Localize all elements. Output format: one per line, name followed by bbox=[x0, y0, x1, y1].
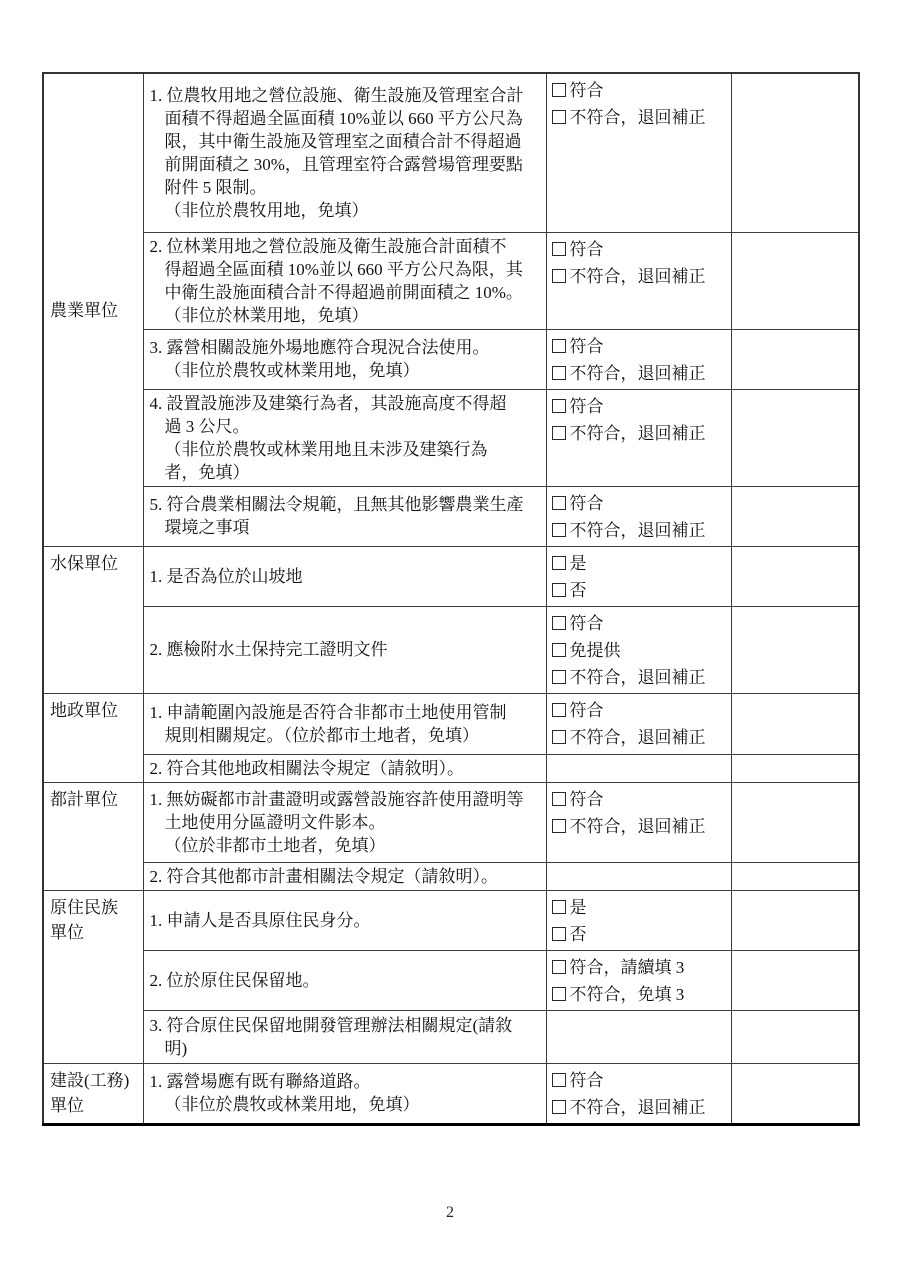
checkbox-option: 不符合，免填 3 bbox=[552, 981, 729, 1008]
options-cell: 符合不符合，退回補正 bbox=[546, 486, 731, 546]
item-line: （非位於農牧或林業用地且未涉及建築行為 bbox=[150, 438, 544, 461]
checkbox-option: 不符合，退回補正 bbox=[552, 517, 729, 544]
option-label: 符合 bbox=[570, 81, 604, 100]
option-label: 符合 bbox=[570, 337, 604, 356]
review-table: 農業單位1. 位農牧用地之營位設施、衛生設施及管理室合計面積不得超過全區面積 1… bbox=[42, 72, 860, 1126]
unit-cell: 建設(工務)單位 bbox=[43, 1063, 143, 1124]
checkbox-option: 符合 bbox=[552, 490, 729, 517]
item-cell: 4. 設置設施涉及建築行為者，其設施高度不得超過 3 公尺。（非位於農牧或林業用… bbox=[143, 389, 546, 486]
item-line: 1. 是否為位於山坡地 bbox=[150, 565, 544, 588]
item-cell: 2. 符合其他地政相關法令規定（請敘明）。 bbox=[143, 754, 546, 782]
options-cell: 符合不符合，退回補正 bbox=[546, 693, 731, 754]
remark-cell bbox=[731, 73, 859, 232]
table-row: 原住民族單位1. 申請人是否具原住民身分。是否 bbox=[43, 890, 859, 950]
unit-label: 單位 bbox=[50, 1093, 139, 1118]
item-line: 2. 符合其他都市計畫相關法令規定（請敘明）。 bbox=[150, 865, 544, 888]
unit-label: 都計單位 bbox=[50, 787, 139, 812]
remark-cell bbox=[731, 232, 859, 329]
checkbox-option: 不符合，退回補正 bbox=[552, 724, 729, 751]
option-label: 否 bbox=[570, 925, 587, 944]
item-line: 環境之事項 bbox=[150, 516, 544, 539]
checkbox-icon bbox=[552, 83, 566, 97]
option-label: 符合 bbox=[570, 240, 604, 259]
item-line: （位於非都市土地者，免填） bbox=[150, 834, 544, 857]
item-line: 過 3 公尺。 bbox=[150, 415, 544, 438]
table-row: 3. 露營相關設施外場地應符合現況合法使用。（非位於農牧或林業用地，免填）符合不… bbox=[43, 329, 859, 389]
checkbox-option: 不符合，退回補正 bbox=[552, 420, 729, 447]
checkbox-icon bbox=[552, 583, 566, 597]
checkbox-icon bbox=[552, 426, 566, 440]
item-line: 面積不得超過全區面積 10%並以 660 平方公尺為 bbox=[150, 107, 544, 130]
option-label: 不符合，退回補正 bbox=[570, 1098, 706, 1117]
checkbox-option: 不符合，退回補正 bbox=[552, 813, 729, 840]
checkbox-icon bbox=[552, 643, 566, 657]
options-cell: 符合不符合，退回補正 bbox=[546, 1063, 731, 1124]
checkbox-option: 符合 bbox=[552, 1067, 729, 1094]
remark-cell bbox=[731, 890, 859, 950]
item-cell: 2. 位於原住民保留地。 bbox=[143, 950, 546, 1010]
page-number: 2 bbox=[0, 1204, 900, 1222]
option-label: 免提供 bbox=[570, 641, 621, 660]
option-label: 符合 bbox=[570, 494, 604, 513]
table-row: 3. 符合原住民保留地開發管理辦法相關規定(請敘明) bbox=[43, 1010, 859, 1063]
item-line: 1. 申請範圍內設施是否符合非都市土地使用管制 bbox=[150, 701, 544, 724]
option-label: 符合 bbox=[570, 397, 604, 416]
option-label: 符合 bbox=[570, 1071, 604, 1090]
option-label: 不符合，退回補正 bbox=[570, 424, 706, 443]
item-line: 前開面積之 30%，且管理室符合露營場管理要點 bbox=[150, 153, 544, 176]
option-label: 符合 bbox=[570, 614, 604, 633]
table-row: 5. 符合農業相關法令規範，且無其他影響農業生產環境之事項符合不符合，退回補正 bbox=[43, 486, 859, 546]
checkbox-icon bbox=[552, 987, 566, 1001]
table-row: 水保單位1. 是否為位於山坡地是否 bbox=[43, 546, 859, 606]
table-row: 4. 設置設施涉及建築行為者，其設施高度不得超過 3 公尺。（非位於農牧或林業用… bbox=[43, 389, 859, 486]
checkbox-icon bbox=[552, 819, 566, 833]
options-cell bbox=[546, 1010, 731, 1063]
option-label: 不符合，免填 3 bbox=[570, 985, 685, 1004]
item-line: 1. 位農牧用地之營位設施、衛生設施及管理室合計 bbox=[150, 84, 544, 107]
option-label: 不符合，退回補正 bbox=[570, 108, 706, 127]
item-line: 5. 符合農業相關法令規範，且無其他影響農業生產 bbox=[150, 493, 544, 516]
unit-label: 水保單位 bbox=[50, 551, 139, 576]
checkbox-option: 符合 bbox=[552, 236, 729, 263]
checkbox-icon bbox=[552, 399, 566, 413]
item-line: 明) bbox=[150, 1037, 544, 1060]
option-label: 符合，請續填 3 bbox=[570, 958, 685, 977]
table-row: 2. 符合其他地政相關法令規定（請敘明）。 bbox=[43, 754, 859, 782]
item-cell: 1. 申請人是否具原住民身分。 bbox=[143, 890, 546, 950]
item-cell: 2. 位林業用地之營位設施及衛生設施合計面積不得超過全區面積 10%並以 660… bbox=[143, 232, 546, 329]
checkbox-option: 不符合，退回補正 bbox=[552, 664, 729, 691]
checkbox-icon bbox=[552, 523, 566, 537]
checkbox-icon bbox=[552, 339, 566, 353]
remark-cell bbox=[731, 950, 859, 1010]
unit-label: 建設(工務) bbox=[50, 1068, 139, 1093]
item-line: 1. 無妨礙都市計畫證明或露營設施容許使用證明等 bbox=[150, 788, 544, 811]
checkbox-icon bbox=[552, 730, 566, 744]
options-cell: 是否 bbox=[546, 890, 731, 950]
checkbox-option: 符合 bbox=[552, 697, 729, 724]
checkbox-option: 符合 bbox=[552, 393, 729, 420]
remark-cell bbox=[731, 693, 859, 754]
remark-cell bbox=[731, 389, 859, 486]
item-line: （非位於農牧用地，免填） bbox=[150, 199, 544, 222]
options-cell: 符合不符合，退回補正 bbox=[546, 73, 731, 232]
item-line: 2. 位於原住民保留地。 bbox=[150, 969, 544, 992]
checkbox-option: 不符合，退回補正 bbox=[552, 104, 729, 131]
item-cell: 3. 符合原住民保留地開發管理辦法相關規定(請敘明) bbox=[143, 1010, 546, 1063]
checkbox-option: 不符合，退回補正 bbox=[552, 360, 729, 387]
unit-cell: 原住民族單位 bbox=[43, 890, 143, 1063]
remark-cell bbox=[731, 486, 859, 546]
table-row: 2. 符合其他都市計畫相關法令規定（請敘明）。 bbox=[43, 862, 859, 890]
options-cell: 符合免提供不符合，退回補正 bbox=[546, 606, 731, 693]
option-label: 是 bbox=[570, 898, 587, 917]
review-table-body: 農業單位1. 位農牧用地之營位設施、衛生設施及管理室合計面積不得超過全區面積 1… bbox=[43, 73, 859, 1124]
unit-label: 地政單位 bbox=[50, 698, 139, 723]
option-label: 否 bbox=[570, 581, 587, 600]
checkbox-icon bbox=[552, 900, 566, 914]
unit-cell: 農業單位 bbox=[43, 73, 143, 546]
item-cell: 1. 位農牧用地之營位設施、衛生設施及管理室合計面積不得超過全區面積 10%並以… bbox=[143, 73, 546, 232]
checkbox-icon bbox=[552, 110, 566, 124]
checkbox-icon bbox=[552, 242, 566, 256]
unit-cell: 水保單位 bbox=[43, 546, 143, 693]
item-line: 得超過全區面積 10%並以 660 平方公尺為限，其 bbox=[150, 258, 544, 281]
checkbox-icon bbox=[552, 616, 566, 630]
options-cell: 符合，請續填 3不符合，免填 3 bbox=[546, 950, 731, 1010]
item-line: 規則相關規定。（位於都市土地者，免填） bbox=[150, 724, 544, 747]
options-cell: 符合不符合，退回補正 bbox=[546, 232, 731, 329]
checkbox-icon bbox=[552, 1073, 566, 1087]
option-label: 不符合，退回補正 bbox=[570, 728, 706, 747]
unit-cell: 地政單位 bbox=[43, 693, 143, 782]
checkbox-icon bbox=[552, 703, 566, 717]
item-line: 3. 符合原住民保留地開發管理辦法相關規定(請敘 bbox=[150, 1014, 544, 1037]
options-cell: 符合不符合，退回補正 bbox=[546, 782, 731, 862]
checkbox-option: 免提供 bbox=[552, 637, 729, 664]
checkbox-icon bbox=[552, 496, 566, 510]
item-line: （非位於林業用地，免填） bbox=[150, 304, 544, 327]
unit-label: 原住民族 bbox=[50, 895, 139, 920]
unit-label: 農業單位 bbox=[50, 298, 139, 323]
option-label: 不符合，退回補正 bbox=[570, 817, 706, 836]
item-cell: 5. 符合農業相關法令規範，且無其他影響農業生產環境之事項 bbox=[143, 486, 546, 546]
checkbox-option: 不符合，退回補正 bbox=[552, 263, 729, 290]
checkbox-option: 符合 bbox=[552, 333, 729, 360]
option-label: 是 bbox=[570, 554, 587, 573]
option-label: 不符合，退回補正 bbox=[570, 267, 706, 286]
checkbox-option: 符合，請續填 3 bbox=[552, 954, 729, 981]
option-label: 不符合，退回補正 bbox=[570, 521, 706, 540]
item-line: 附件 5 限制。 bbox=[150, 176, 544, 199]
checkbox-option: 符合 bbox=[552, 610, 729, 637]
remark-cell bbox=[731, 862, 859, 890]
options-cell: 符合不符合，退回補正 bbox=[546, 329, 731, 389]
option-label: 符合 bbox=[570, 790, 604, 809]
item-line: 2. 應檢附水土保持完工證明文件 bbox=[150, 638, 544, 661]
item-cell: 1. 無妨礙都市計畫證明或露營設施容許使用證明等土地使用分區證明文件影本。（位於… bbox=[143, 782, 546, 862]
table-row: 農業單位1. 位農牧用地之營位設施、衛生設施及管理室合計面積不得超過全區面積 1… bbox=[43, 73, 859, 232]
item-cell: 1. 露營場應有既有聯絡道路。（非位於農牧或林業用地，免填） bbox=[143, 1063, 546, 1124]
remark-cell bbox=[731, 546, 859, 606]
option-label: 不符合，退回補正 bbox=[570, 364, 706, 383]
item-line: 者，免填） bbox=[150, 461, 544, 484]
table-row: 2. 位林業用地之營位設施及衛生設施合計面積不得超過全區面積 10%並以 660… bbox=[43, 232, 859, 329]
remark-cell bbox=[731, 606, 859, 693]
item-line: 中衛生設施面積合計不得超過前開面積之 10%。 bbox=[150, 281, 544, 304]
table-row: 2. 應檢附水土保持完工證明文件符合免提供不符合，退回補正 bbox=[43, 606, 859, 693]
options-cell: 符合不符合，退回補正 bbox=[546, 389, 731, 486]
unit-cell: 都計單位 bbox=[43, 782, 143, 890]
checkbox-icon bbox=[552, 366, 566, 380]
item-line: 1. 申請人是否具原住民身分。 bbox=[150, 909, 544, 932]
remark-cell bbox=[731, 1010, 859, 1063]
options-cell bbox=[546, 754, 731, 782]
table-row: 都計單位1. 無妨礙都市計畫證明或露營設施容許使用證明等土地使用分區證明文件影本… bbox=[43, 782, 859, 862]
remark-cell bbox=[731, 329, 859, 389]
item-cell: 1. 申請範圍內設施是否符合非都市土地使用管制規則相關規定。（位於都市土地者，免… bbox=[143, 693, 546, 754]
checkbox-icon bbox=[552, 927, 566, 941]
item-line: （非位於農牧或林業用地，免填） bbox=[150, 1093, 544, 1116]
checkbox-option: 不符合，退回補正 bbox=[552, 1094, 729, 1121]
item-line: 土地使用分區證明文件影本。 bbox=[150, 811, 544, 834]
checkbox-option: 符合 bbox=[552, 77, 729, 104]
table-row: 建設(工務)單位1. 露營場應有既有聯絡道路。（非位於農牧或林業用地，免填）符合… bbox=[43, 1063, 859, 1124]
item-cell: 3. 露營相關設施外場地應符合現況合法使用。（非位於農牧或林業用地，免填） bbox=[143, 329, 546, 389]
item-line: 2. 位林業用地之營位設施及衛生設施合計面積不 bbox=[150, 235, 544, 258]
checkbox-option: 是 bbox=[552, 550, 729, 577]
item-line: 1. 露營場應有既有聯絡道路。 bbox=[150, 1070, 544, 1093]
option-label: 不符合，退回補正 bbox=[570, 668, 706, 687]
unit-label: 單位 bbox=[50, 920, 139, 945]
remark-cell bbox=[731, 754, 859, 782]
checkbox-icon bbox=[552, 792, 566, 806]
checkbox-option: 否 bbox=[552, 577, 729, 604]
checkbox-option: 否 bbox=[552, 921, 729, 948]
item-cell: 2. 應檢附水土保持完工證明文件 bbox=[143, 606, 546, 693]
item-line: 3. 露營相關設施外場地應符合現況合法使用。 bbox=[150, 336, 544, 359]
item-line: 2. 符合其他地政相關法令規定（請敘明）。 bbox=[150, 757, 544, 780]
item-cell: 2. 符合其他都市計畫相關法令規定（請敘明）。 bbox=[143, 862, 546, 890]
options-cell bbox=[546, 862, 731, 890]
checkbox-icon bbox=[552, 670, 566, 684]
checkbox-icon bbox=[552, 1100, 566, 1114]
checkbox-option: 符合 bbox=[552, 786, 729, 813]
checkbox-option: 是 bbox=[552, 894, 729, 921]
checkbox-icon bbox=[552, 556, 566, 570]
table-row: 地政單位1. 申請範圍內設施是否符合非都市土地使用管制規則相關規定。（位於都市土… bbox=[43, 693, 859, 754]
checkbox-icon bbox=[552, 269, 566, 283]
option-label: 符合 bbox=[570, 701, 604, 720]
options-cell: 是否 bbox=[546, 546, 731, 606]
item-cell: 1. 是否為位於山坡地 bbox=[143, 546, 546, 606]
item-line: 限，其中衛生設施及管理室之面積合計不得超過 bbox=[150, 130, 544, 153]
item-line: 4. 設置設施涉及建築行為者，其設施高度不得超 bbox=[150, 392, 544, 415]
checkbox-icon bbox=[552, 960, 566, 974]
table-row: 2. 位於原住民保留地。符合，請續填 3不符合，免填 3 bbox=[43, 950, 859, 1010]
remark-cell bbox=[731, 1063, 859, 1124]
item-line: （非位於農牧或林業用地，免填） bbox=[150, 359, 544, 382]
remark-cell bbox=[731, 782, 859, 862]
